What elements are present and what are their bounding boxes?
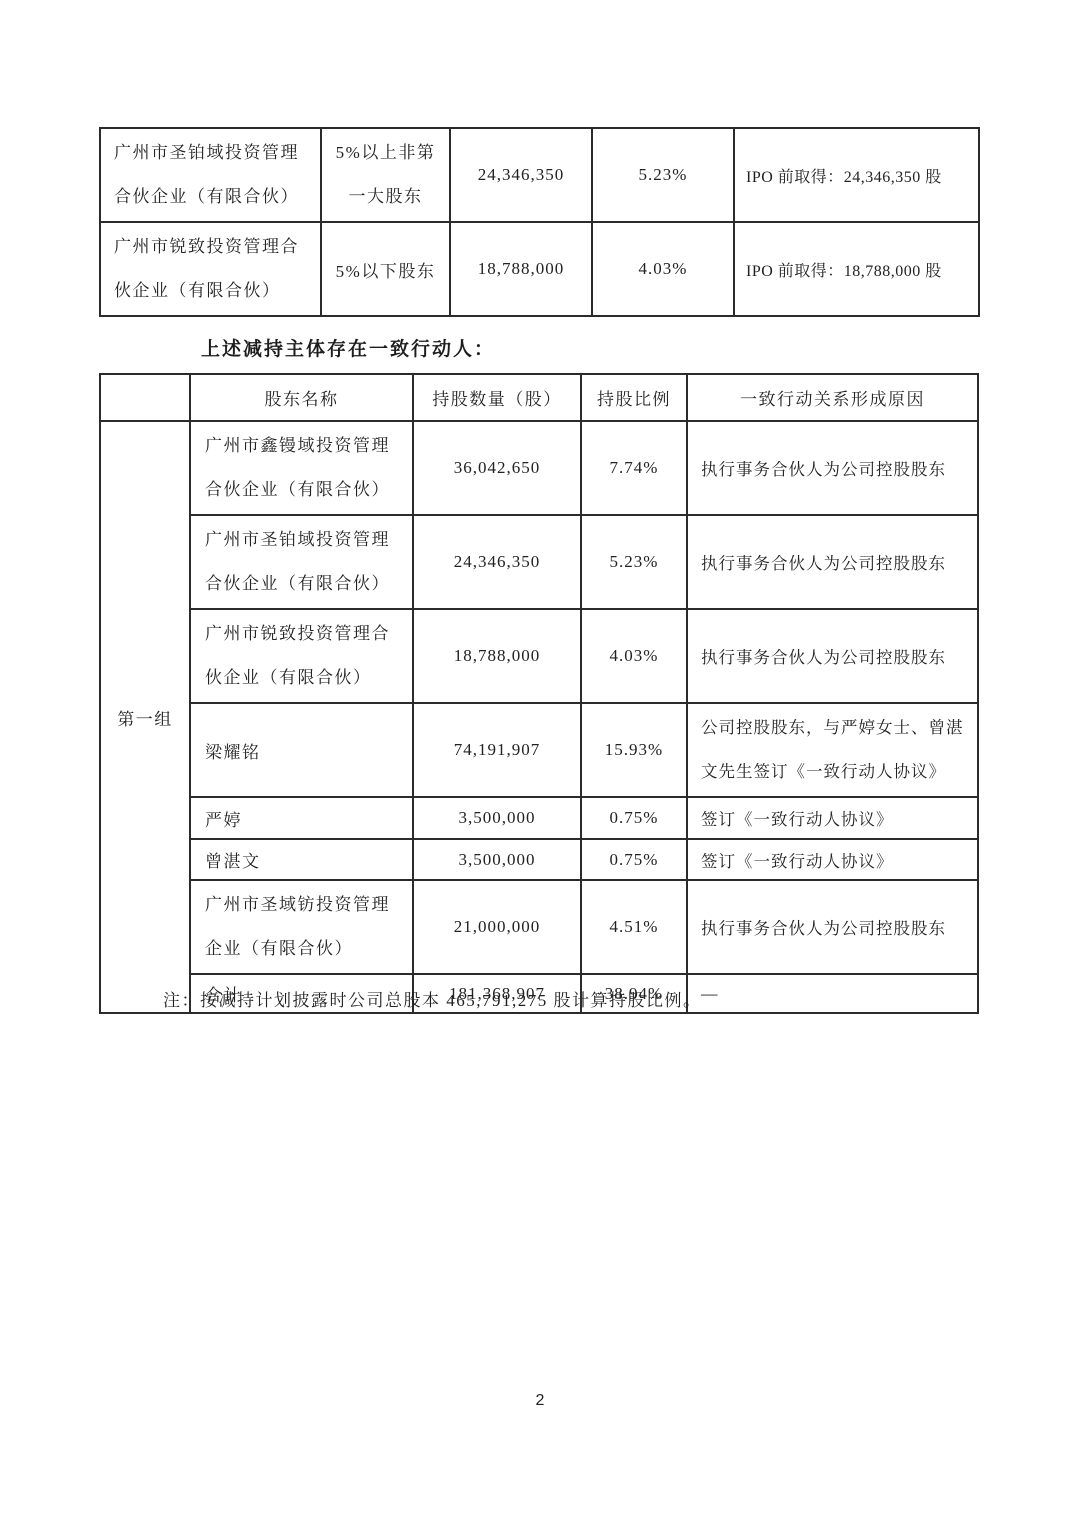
table-row: 广州市锐致投资管理合伙企业（有限合伙） 18,788,000 4.03% 执行事… — [100, 609, 978, 703]
concert-reason-cell: 执行事务合伙人为公司控股股东 — [687, 609, 978, 703]
concert-reason-cell: 签订《一致行动人协议》 — [687, 839, 978, 880]
shareholder-name-cell: 广州市圣域钫投资管理企业（有限合伙） — [190, 880, 413, 974]
qty-header-cell: 持股数量（股） — [413, 374, 581, 421]
share-pct-cell: 15.93% — [581, 703, 687, 797]
shareholder-name-cell: 广州市圣铂域投资管理合伙企业（有限合伙） — [190, 515, 413, 609]
share-pct-cell: 0.75% — [581, 797, 687, 839]
table-row: 曾湛文 3,500,000 0.75% 签订《一致行动人协议》 — [100, 839, 978, 880]
concert-reason-cell: 执行事务合伙人为公司控股股东 — [687, 880, 978, 974]
share-qty-cell: 36,042,650 — [413, 421, 581, 515]
total-reason-cell: — — [687, 974, 978, 1013]
group-label-cell: 第一组 — [100, 421, 190, 1013]
shareholder-name-cell: 广州市圣铂域投资管理合伙企业（有限合伙） — [100, 128, 321, 222]
share-pct-cell: 5.23% — [592, 128, 734, 222]
concert-reason-cell: 执行事务合伙人为公司控股股东 — [687, 515, 978, 609]
share-qty-cell: 21,000,000 — [413, 880, 581, 974]
share-pct-cell: 0.75% — [581, 839, 687, 880]
shareholder-name-cell: 曾湛文 — [190, 839, 413, 880]
share-pct-cell: 4.51% — [581, 880, 687, 974]
share-qty-cell: 18,788,000 — [450, 222, 592, 316]
share-pct-cell: 5.23% — [581, 515, 687, 609]
share-qty-cell: 3,500,000 — [413, 839, 581, 880]
shareholder-name-cell: 广州市鑫镘域投资管理合伙企业（有限合伙） — [190, 421, 413, 515]
pct-header-cell: 持股比例 — [581, 374, 687, 421]
name-header-cell: 股东名称 — [190, 374, 413, 421]
share-qty-cell: 18,788,000 — [413, 609, 581, 703]
share-source-cell: IPO 前取得：24,346,350 股 — [734, 128, 979, 222]
acting-in-concert-table: 股东名称 持股数量（股） 持股比例 一致行动关系形成原因 第一组 广州市鑫镘域投… — [99, 373, 979, 1014]
group-header-cell — [100, 374, 190, 421]
share-pct-cell: 4.03% — [581, 609, 687, 703]
shareholder-name-cell: 严婷 — [190, 797, 413, 839]
table-row: 第一组 广州市鑫镘域投资管理合伙企业（有限合伙） 36,042,650 7.74… — [100, 421, 978, 515]
section-heading: 上述减持主体存在一致行动人： — [201, 334, 495, 361]
share-qty-cell: 3,500,000 — [413, 797, 581, 839]
shareholder-name-cell: 广州市锐致投资管理合伙企业（有限合伙） — [190, 609, 413, 703]
share-pct-cell: 7.74% — [581, 421, 687, 515]
share-pct-cell: 4.03% — [592, 222, 734, 316]
shareholder-name-cell: 广州市锐致投资管理合伙企业（有限合伙） — [100, 222, 321, 316]
share-qty-cell: 74,191,907 — [413, 703, 581, 797]
table-row: 严婷 3,500,000 0.75% 签订《一致行动人协议》 — [100, 797, 978, 839]
shareholder-name-cell: 梁耀铭 — [190, 703, 413, 797]
share-source-cell: IPO 前取得：18,788,000 股 — [734, 222, 979, 316]
holder-type-cell: 5%以下股东 — [321, 222, 450, 316]
table-row: 广州市锐致投资管理合伙企业（有限合伙） 5%以下股东 18,788,000 4.… — [100, 222, 979, 316]
page-number: 2 — [0, 1392, 1080, 1410]
share-qty-cell: 24,346,350 — [450, 128, 592, 222]
holder-type-cell: 5%以上非第一大股东 — [321, 128, 450, 222]
reason-header-cell: 一致行动关系形成原因 — [687, 374, 978, 421]
share-qty-cell: 24,346,350 — [413, 515, 581, 609]
table-row: 梁耀铭 74,191,907 15.93% 公司控股股东，与严婷女士、曾湛文先生… — [100, 703, 978, 797]
table-row: 广州市圣域钫投资管理企业（有限合伙） 21,000,000 4.51% 执行事务… — [100, 880, 978, 974]
table-row: 广州市圣铂域投资管理合伙企业（有限合伙） 5%以上非第一大股东 24,346,3… — [100, 128, 979, 222]
concert-reason-cell: 签订《一致行动人协议》 — [687, 797, 978, 839]
concert-reason-cell: 执行事务合伙人为公司控股股东 — [687, 421, 978, 515]
footnote: 注：按减持计划披露时公司总股本 465,791,275 股计算持股比例。 — [163, 986, 702, 1011]
concert-reason-cell: 公司控股股东，与严婷女士、曾湛文先生签订《一致行动人协议》 — [687, 703, 978, 797]
shareholder-continuation-table: 广州市圣铂域投资管理合伙企业（有限合伙） 5%以上非第一大股东 24,346,3… — [99, 127, 980, 317]
table-row: 广州市圣铂域投资管理合伙企业（有限合伙） 24,346,350 5.23% 执行… — [100, 515, 978, 609]
table-header-row: 股东名称 持股数量（股） 持股比例 一致行动关系形成原因 — [100, 374, 978, 421]
document-page: 广州市圣铂域投资管理合伙企业（有限合伙） 5%以上非第一大股东 24,346,3… — [0, 0, 1080, 1527]
